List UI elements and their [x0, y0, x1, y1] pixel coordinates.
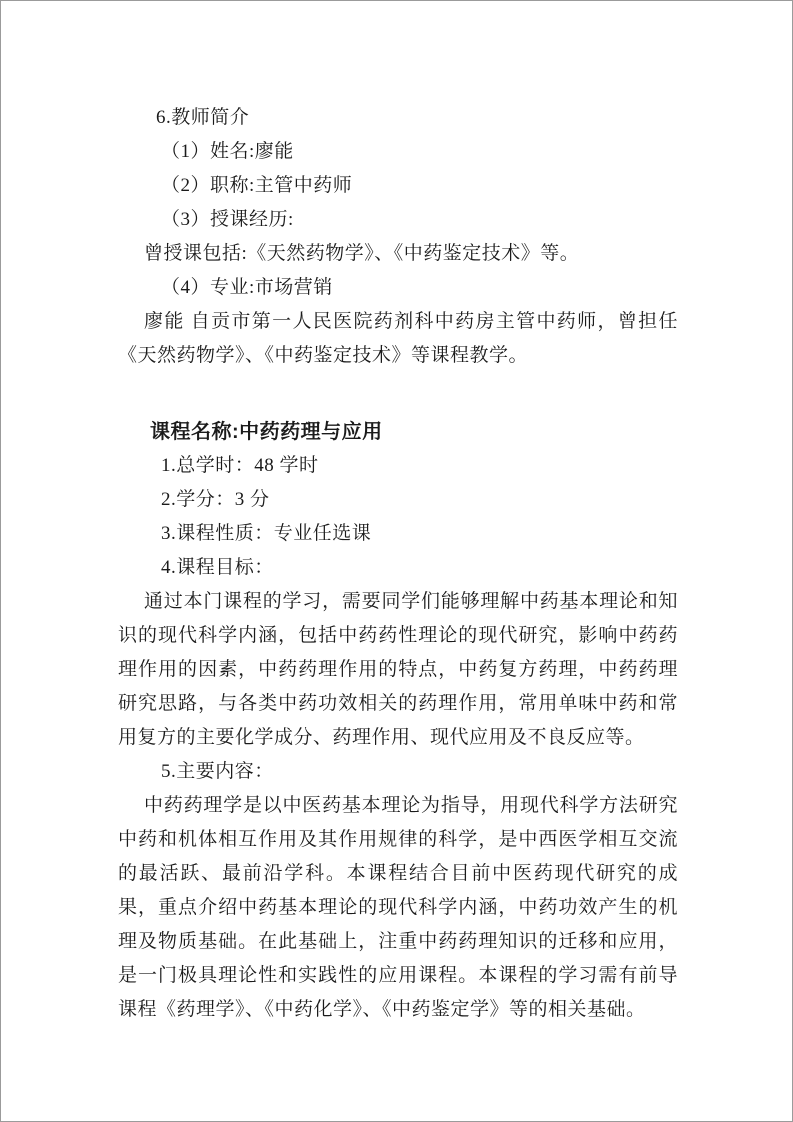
course-objective-paragraph: 通过本门课程的学习，需要同学们能够理解中药基本理论和知识的现代科学内涵，包括中药… [118, 585, 678, 755]
course-title-heading: 课程名称:中药药理与应用 [118, 415, 678, 449]
teacher-bio-paragraph: 廖能 自贡市第一人民医院药剂科中药房主管中药师，曾担任《天然药物学》、《中药鉴定… [118, 305, 678, 373]
section-gap [118, 373, 678, 415]
teacher-name-line: （1）姓名:廖能 [118, 135, 678, 169]
main-content-paragraph: 中药药理学是以中医药基本理论为指导，用现代科学方法研究中药和机体相互作用及其作用… [118, 789, 678, 1027]
teacher-title-line: （2）职称:主管中药师 [118, 169, 678, 203]
teacher-major-line: （4）专业:市场营销 [118, 271, 678, 305]
teaching-experience-label: （3）授课经历: [118, 203, 678, 237]
courses-taught-line: 曾授课包括:《天然药物学》、《中药鉴定技术》等。 [118, 237, 678, 271]
main-content-label: 5.主要内容： [118, 755, 678, 789]
document-page: 6.教师简介 （1）姓名:廖能 （2）职称:主管中药师 （3）授课经历: 曾授课… [0, 0, 793, 1122]
course-type-line: 3.课程性质：专业任选课 [118, 517, 678, 551]
teacher-intro-heading: 6.教师简介 [118, 101, 678, 135]
course-objective-label: 4.课程目标： [118, 551, 678, 585]
total-hours-line: 1.总学时：48 学时 [118, 449, 678, 483]
credits-line: 2.学分：3 分 [118, 483, 678, 517]
